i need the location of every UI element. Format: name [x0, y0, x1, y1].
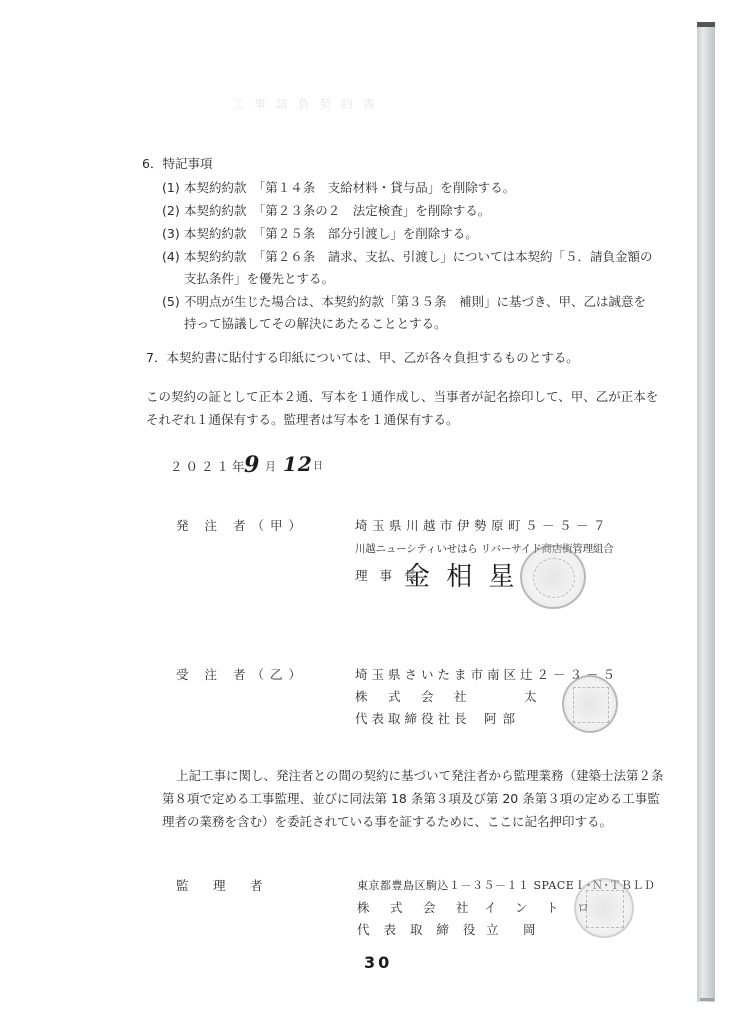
contractor-seal	[562, 675, 618, 733]
date-day-handwritten: 12	[283, 452, 313, 476]
special-term-4-text: 本契約約款 「第２６条 請求、支払、引渡し」については本契約「５．請負金額の	[184, 249, 653, 265]
date-year: ２０２１年	[170, 459, 248, 475]
special-terms-heading: 6．特記事項	[142, 156, 212, 172]
faint-show-through-header: 工 事 請 負 契 約 書	[232, 95, 378, 112]
special-term-3-text: 本契約約款 「第２５条 部分引渡し」を削除する。	[184, 226, 478, 242]
special-term-5-continuation: 持って協議してその解決にあたることとする。	[184, 316, 447, 332]
supervision-statement-line-2: 第８項で定める工事監理、並びに同法第 18 条第３項及び第 20 条第３項の定め…	[162, 791, 660, 807]
special-term-2-number: (2)	[162, 203, 180, 219]
supervision-statement-line-1: 上記工事に関し、発注者との間の契約に基づいて発注者から監理業務（建築士法第２条	[176, 768, 664, 784]
stamp-duty-clause: 7．本契約書に貼付する印紙については、甲、乙が各々負担するものとする。	[146, 350, 579, 366]
special-term-5-number: (5)	[162, 294, 180, 310]
page-number: 30	[364, 953, 392, 972]
supervisor-title: 代 表 取 締 役	[357, 922, 480, 938]
special-term-1-number: (1)	[162, 180, 180, 196]
closing-line-1: この契約の証として正本２通、写本を１通作成し、当事者が記名捺印して、甲、乙が正本…	[146, 389, 658, 405]
orderer-seal	[520, 545, 586, 609]
date-day-label: 日	[313, 459, 323, 475]
orderer-address: 埼玉県川越市伊勢原町５－５－７	[355, 518, 610, 534]
contractor-label: 受 注 者（乙）	[176, 667, 307, 683]
binding-strip-bottom-edge	[700, 998, 714, 1001]
supervisor-seal	[574, 878, 634, 938]
binding-strip	[697, 22, 715, 1002]
orderer-signature: 金 相 星	[404, 556, 519, 593]
special-term-4-continuation: 支払条件」を優先とする。	[184, 271, 334, 287]
orderer-label: 発 注 者（甲）	[176, 518, 307, 534]
closing-line-2: それぞれ１通保有する。監理者は写本を１通保有する。	[146, 412, 459, 428]
contractor-title: 代表取締役社長	[355, 711, 471, 727]
supervisor-representative-name: 立 岡	[486, 922, 542, 938]
contractor-company-prefix: 株 式 会 社	[355, 689, 471, 705]
special-term-1-text: 本契約約款 「第１４条 支給材料・貸与品」を削除する。	[184, 180, 515, 196]
binding-strip-top-edge	[697, 22, 715, 27]
special-term-4-number: (4)	[162, 249, 180, 265]
supervision-statement-line-3: 理者の業務を含む）を委託されている事を証するために、ここに記名押印する。	[162, 814, 612, 830]
date-month-handwritten: 9	[244, 452, 259, 478]
special-term-3-number: (3)	[162, 226, 180, 242]
contractor-representative-name: 阿部	[484, 711, 521, 727]
supervisor-company-prefix: 株 式 会 社	[357, 900, 473, 916]
date-month-label: 月	[265, 459, 276, 475]
supervisor-label: 監 理 者	[176, 878, 269, 894]
special-term-5-text: 不明点が生じた場合は、本契約約款「第３５条 補則」に基づき、甲、乙は誠意を	[184, 294, 646, 310]
contract-page: 工 事 請 負 契 約 書 6．特記事項 (1) 本契約約款 「第１４条 支給材…	[0, 0, 745, 1024]
special-term-2-text: 本契約約款 「第２３条の２ 法定検査」を削除する。	[184, 203, 490, 219]
contractor-company-name: 太	[524, 689, 537, 705]
